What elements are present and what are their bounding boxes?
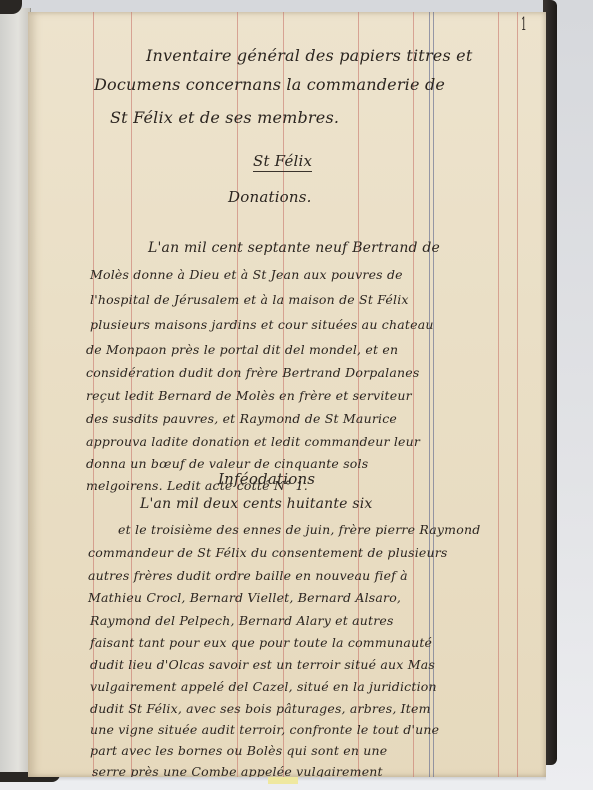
title-line-1: Inventaire général des papiers titres et [146, 46, 472, 65]
donation-line: donna un bœuf de valeur de cinquante sol… [86, 456, 368, 471]
infeodation-line: autres frères dudit ordre baille en nouv… [88, 568, 408, 583]
section-heading-donations: Donations. [228, 188, 312, 206]
infeodation-line: serre près une Combe appelée vulgairemen… [92, 764, 383, 777]
donation-line: Molès donne à Dieu et à St Jean aux pouv… [90, 267, 403, 282]
infeodation-line: Mathieu Crocl, Bernard Viellet, Bernard … [88, 590, 401, 605]
infeodation-line: une vigne située audit terroir, confront… [90, 722, 439, 737]
donation-line: des susdits pauvres, et Raymond de St Ma… [86, 411, 397, 426]
place-heading: St Félix [253, 152, 312, 172]
ruled-line [498, 12, 499, 777]
infeodation-line: et le troisième des ennes de juin, frère… [118, 522, 480, 537]
donation-line: approuva ladite donation et ledit comman… [86, 434, 420, 449]
donation-line: plusieurs maisons jardins et cour située… [90, 317, 434, 332]
infeodation-line: L'an mil deux cents huitante six [140, 496, 372, 512]
infeodation-line: dudit lieu d'Olcas savoir est un terroir… [90, 657, 435, 672]
ruled-line [517, 12, 518, 777]
infeodation-line: vulgairement appelé del Cazel, situé en … [90, 679, 437, 694]
photo-scene: 1 Inventaire général des papiers titres … [0, 0, 593, 790]
donation-line: reçut ledit Bernard de Molès en frère et… [86, 388, 412, 403]
infeodation-line: Raymond del Pelpech, Bernard Alary et au… [90, 613, 394, 628]
infeodation-line: dudit St Félix, avec ses bois pâturages,… [90, 701, 431, 716]
infeodation-line: commandeur de St Félix du consentement d… [88, 545, 448, 560]
infeodation-line: part avec les bornes ou Bolès qui sont e… [90, 743, 387, 758]
infeodation-line: faisant tant pour eux que pour toute la … [90, 635, 432, 650]
donation-line: L'an mil cent septante neuf Bertrand de [148, 240, 440, 256]
left-page-edge [0, 8, 31, 778]
manuscript-page: 1 Inventaire général des papiers titres … [28, 12, 546, 777]
section-heading-infeodations: Inféodations [218, 470, 315, 488]
donation-line: considération dudit don frère Bertrand D… [86, 365, 419, 380]
donation-line: de Monpaon près le portal dit del mondel… [86, 342, 398, 357]
donation-line: l'hospital de Jérusalem et à la maison d… [90, 292, 409, 307]
sticky-note-tab [268, 777, 298, 784]
page-number: 1 [521, 14, 527, 35]
title-line-3: St Félix et de ses membres. [110, 108, 339, 127]
title-line-2: Documens concernans la commanderie de [94, 75, 445, 94]
